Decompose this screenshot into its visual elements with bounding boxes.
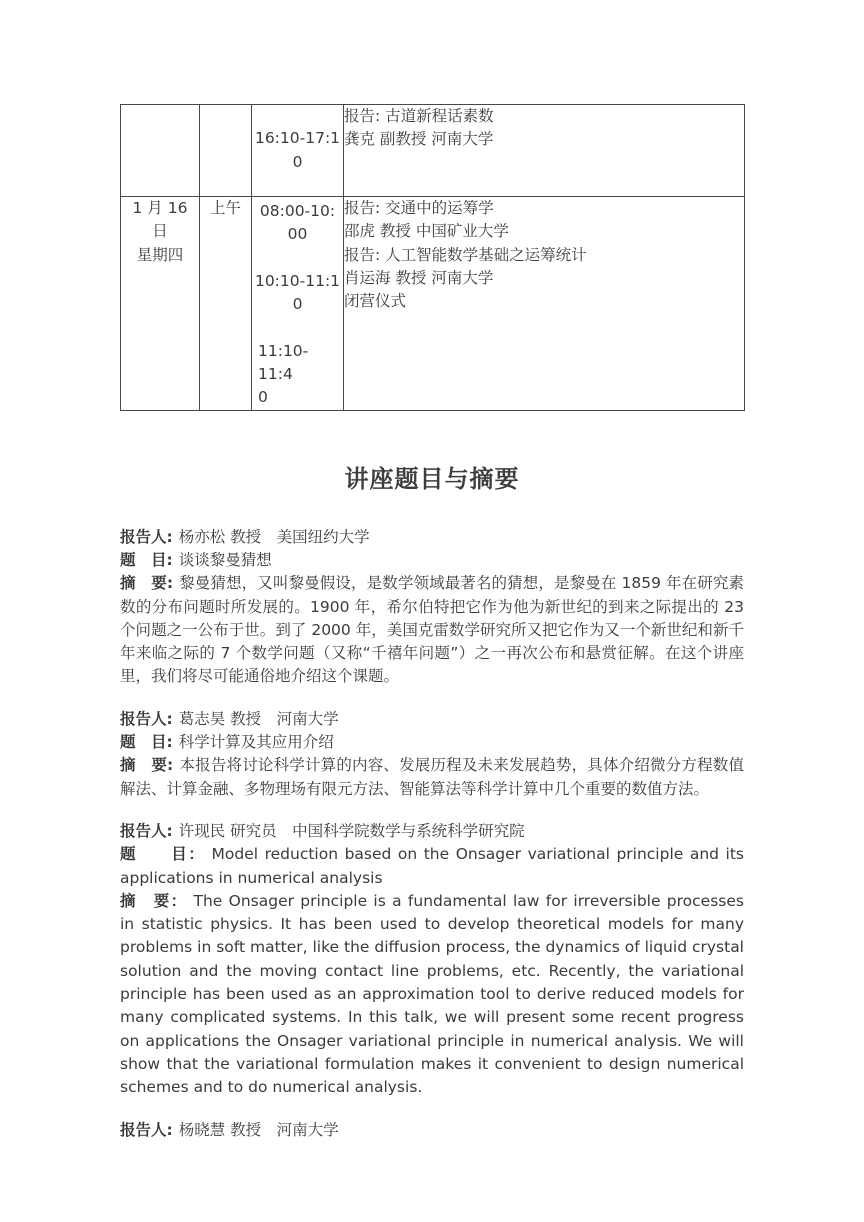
speaker-line: 报告人:杨亦松 教授 美国纽约大学 (120, 526, 744, 549)
time-line: 10:10-11:1 (252, 270, 343, 293)
abstract-label: 摘 要： (120, 892, 188, 910)
title-line: 题 目：Model reduction based on the Onsager… (120, 843, 744, 890)
abstract-paragraph: 摘 要:黎曼猜想，又叫黎曼假设，是数学领域最著名的猜想，是黎曼在 1859 年在… (120, 572, 744, 688)
abstract-paragraph: 摘 要:本报告将讨论科学计算的内容、发展历程及未来发展趋势，具体介绍微分方程数值… (120, 754, 744, 801)
talk-line: 报告: 交通中的运筹学 (344, 197, 744, 220)
speaker-line: 报告人:葛志昊 教授 河南大学 (120, 708, 744, 731)
abstract-label: 摘 要: (120, 756, 173, 774)
speaker-value: 许现民 研究员 中国科学院数学与系统科学研究院 (179, 822, 525, 840)
page-title: 讲座题目与摘要 (120, 464, 744, 494)
period-cell (200, 105, 252, 197)
speaker-value: 葛志昊 教授 河南大学 (179, 710, 339, 728)
title-value: 科学计算及其应用介绍 (179, 733, 334, 751)
time-line: 08:00-10: (252, 200, 343, 223)
time-slot: 08:00-10: 00 (252, 200, 343, 247)
speaker-label: 报告人: (120, 528, 173, 546)
talk-section: 报告人:杨亦松 教授 美国纽约大学 题 目:谈谈黎曼猜想 摘 要:黎曼猜想，又叫… (120, 526, 744, 689)
date-cell: 1 月 16 日 星期四 (121, 197, 200, 411)
title-line: 题 目:科学计算及其应用介绍 (120, 731, 744, 754)
title-value: Model reduction based on the Onsager var… (120, 845, 744, 886)
title-label: 题 目: (120, 551, 173, 569)
time-line: 16:10-17:1 (252, 127, 343, 150)
speaker-value: 杨晓慧 教授 河南大学 (179, 1121, 339, 1139)
talk-line: 龚克 副教授 河南大学 (344, 128, 744, 151)
time-cell: 08:00-10: 00 10:10-11:1 0 11:10-11:4 0 (252, 197, 344, 411)
talk-section: 报告人:许现民 研究员 中国科学院数学与系统科学研究院 题 目：Model re… (120, 820, 744, 1100)
talk-section: 报告人:杨晓慧 教授 河南大学 (120, 1119, 744, 1142)
speaker-label: 报告人: (120, 710, 173, 728)
speaker-value: 杨亦松 教授 美国纽约大学 (179, 528, 370, 546)
title-value: 谈谈黎曼猜想 (179, 551, 272, 569)
speaker-label: 报告人: (120, 822, 173, 840)
schedule-table: 16:10-17:1 0 报告: 古道新程话素数 龚克 副教授 河南大学 1 月… (120, 104, 745, 411)
talks-cell: 报告: 交通中的运筹学 邵虎 教授 中国矿业大学 报告: 人工智能数学基础之运筹… (344, 197, 745, 411)
speaker-line: 报告人:许现民 研究员 中国科学院数学与系统科学研究院 (120, 820, 744, 843)
speaker-line: 报告人:杨晓慧 教授 河南大学 (120, 1119, 744, 1142)
title-line: 题 目:谈谈黎曼猜想 (120, 549, 744, 572)
talk-line: 肖运海 教授 河南大学 (344, 267, 744, 290)
date-line: 1 月 16 (121, 197, 199, 220)
time-line: 00 (252, 223, 343, 246)
abstract-text: The Onsager principle is a fundamental l… (120, 892, 744, 1096)
abstract-label: 摘 要: (120, 574, 173, 592)
title-label: 题 目: (120, 733, 173, 751)
talk-line: 邵虎 教授 中国矿业大学 (344, 220, 744, 243)
talk-line: 报告: 古道新程话素数 (344, 105, 744, 128)
abstract-paragraph: 摘 要：The Onsager principle is a fundament… (120, 890, 744, 1100)
time-line: 0 (252, 151, 343, 174)
talk-line: 报告: 人工智能数学基础之运筹统计 (344, 244, 744, 267)
time-cell: 16:10-17:1 0 (252, 105, 344, 197)
period-cell: 上午 (200, 197, 252, 411)
date-line: 日 (121, 220, 199, 243)
abstract-text: 本报告将讨论科学计算的内容、发展历程及未来发展趋势，具体介绍微分方程数值解法、计… (120, 756, 744, 797)
time-slot: 16:10-17:1 0 (252, 127, 343, 174)
time-slot: 11:10-11:4 0 (252, 340, 343, 410)
time-line: 11:10-11:4 (258, 340, 343, 387)
time-line: 0 (258, 386, 343, 409)
table-row: 1 月 16 日 星期四 上午 08:00-10: 00 10:10-11:1 … (121, 197, 745, 411)
time-slot: 10:10-11:1 0 (252, 270, 343, 317)
table-row: 16:10-17:1 0 报告: 古道新程话素数 龚克 副教授 河南大学 (121, 105, 745, 197)
date-line: 星期四 (121, 244, 199, 267)
title-label: 题 目： (120, 845, 206, 863)
time-line: 0 (252, 293, 343, 316)
period-label: 上午 (210, 199, 241, 217)
talks-cell: 报告: 古道新程话素数 龚克 副教授 河南大学 (344, 105, 745, 197)
speaker-label: 报告人: (120, 1121, 173, 1139)
talk-section: 报告人:葛志昊 教授 河南大学 题 目:科学计算及其应用介绍 摘 要:本报告将讨… (120, 708, 744, 801)
talk-line: 闭营仪式 (344, 290, 744, 313)
date-cell (121, 105, 200, 197)
document-page: 16:10-17:1 0 报告: 古道新程话素数 龚克 副教授 河南大学 1 月… (0, 0, 864, 1222)
abstract-text: 黎曼猜想，又叫黎曼假设，是数学领域最著名的猜想，是黎曼在 1859 年在研究素数… (120, 574, 744, 685)
